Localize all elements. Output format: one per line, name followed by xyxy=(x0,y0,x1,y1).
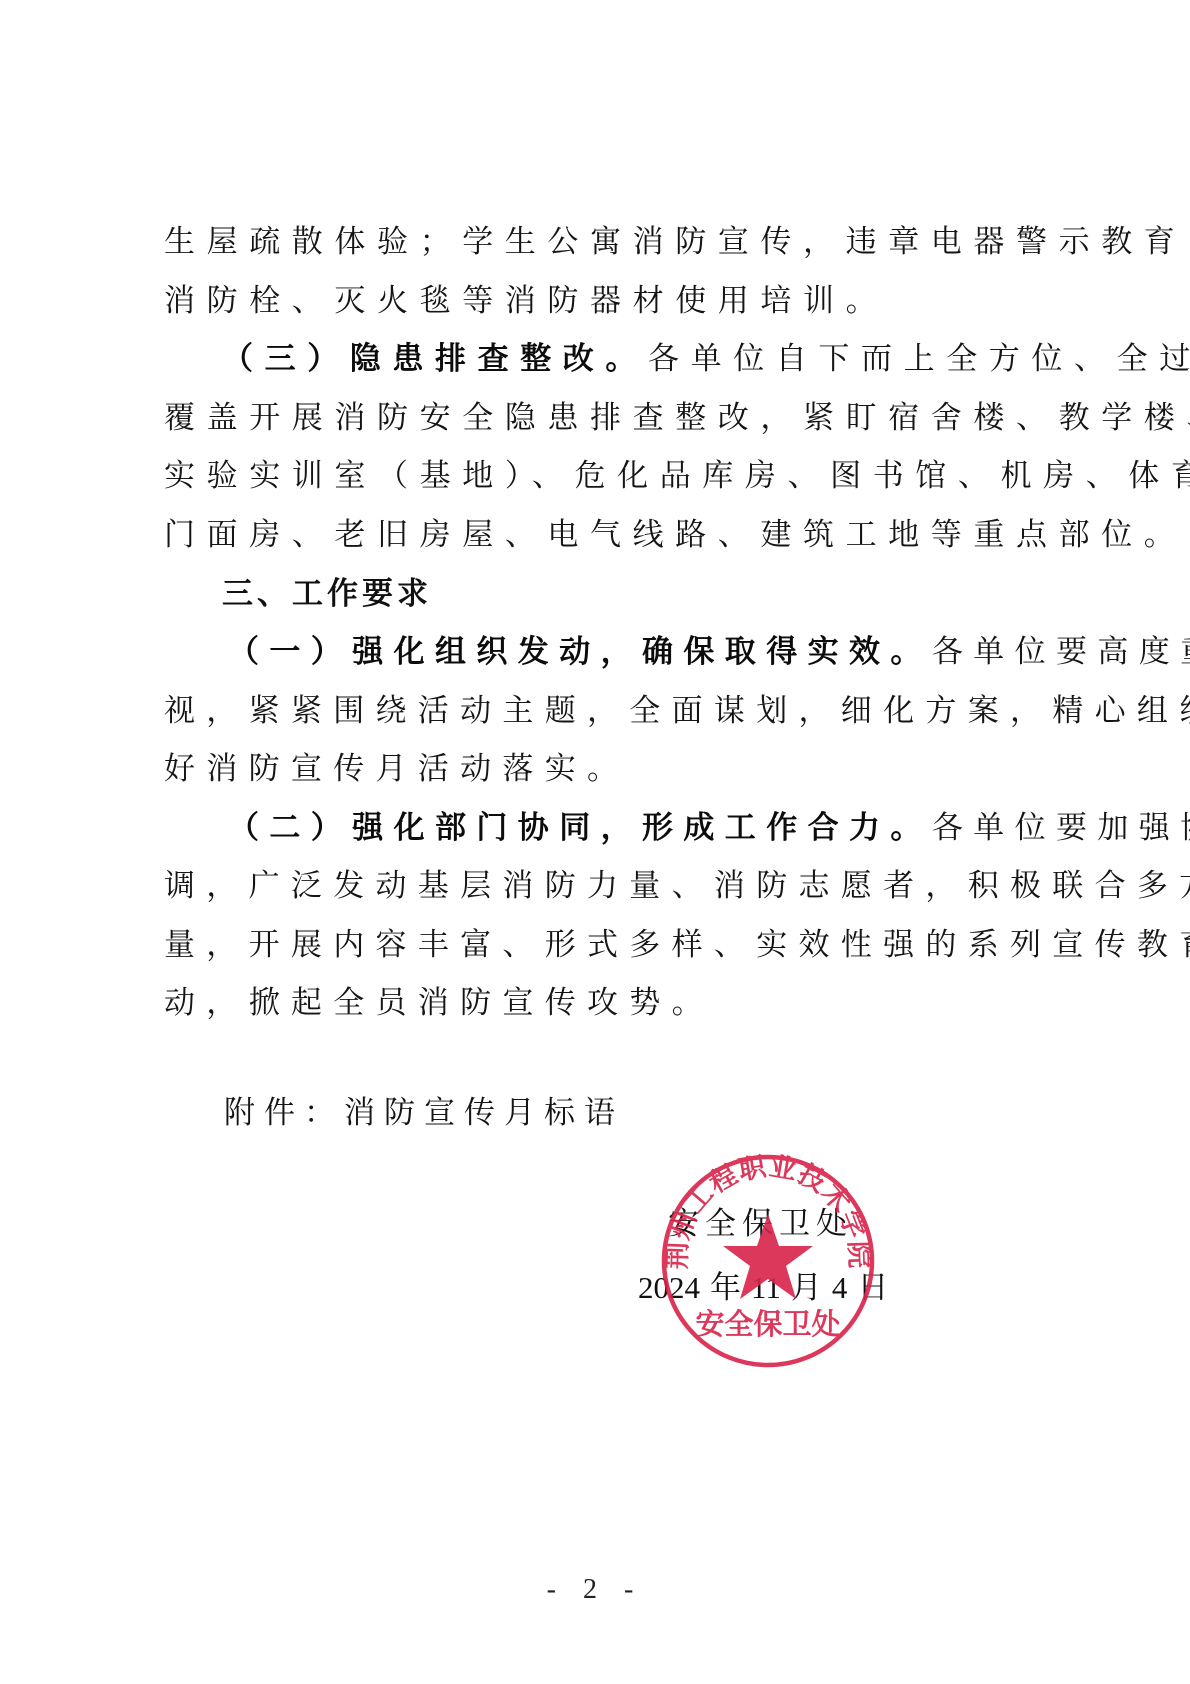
subsection-paragraph-coordination: （二）强化部门协同，形成工作合力。各单位要加强协 xyxy=(228,808,1190,848)
seal-center-text: 安全保卫处 xyxy=(695,1307,840,1341)
body-line: 门面房、老旧房屋、电气线路、建筑工地等重点部位。 xyxy=(164,515,1186,555)
document-page: 生屋疏散体验；学生公寓消防宣传，违章电器警示教育；灭火器、 消防栓、灭火毯等消防… xyxy=(0,0,1190,1684)
subsection-paragraph-hazard-inspection: （三）隐患排查整改。各单位自下而上全方位、全过程、全 xyxy=(222,339,1190,379)
official-seal-icon: 荆州工程职业技术学院 安全保卫处 xyxy=(659,1152,877,1370)
body-line: 量，开展内容丰富、形式多样、实效性强的系列宣传教育活 xyxy=(164,925,1190,965)
body-text: 各单位要加强协 xyxy=(932,810,1190,846)
subsection-title: （三）隐患排查整改。 xyxy=(222,341,648,377)
body-line: 动，掀起全员消防宣传攻势。 xyxy=(164,983,714,1023)
body-line: 生屋疏散体验；学生公寓消防宣传，违章电器警示教育；灭火器、 xyxy=(164,222,1190,262)
attachment-line: 附件：消防宣传月标语 xyxy=(224,1093,624,1133)
body-text: 各单位要高度重 xyxy=(932,634,1190,670)
subsection-paragraph-organization: （一）强化组织发动，确保取得实效。各单位要高度重 xyxy=(228,632,1190,672)
body-line: 覆盖开展消防安全隐患排查整改，紧盯宿舍楼、教学楼、食堂、 xyxy=(164,398,1190,438)
body-line: 视，紧紧围绕活动主题，全面谋划，细化方案，精心组织，抓 xyxy=(164,691,1190,731)
body-line: 消防栓、灭火毯等消防器材使用培训。 xyxy=(164,281,888,321)
subsection-title: （二）强化部门协同，形成工作合力。 xyxy=(228,810,932,846)
seal-star-icon xyxy=(723,1214,813,1299)
section-heading-work-requirements: 三、工作要求 xyxy=(222,574,432,614)
page-number: - 2 - xyxy=(0,1574,1190,1606)
body-line: 实验实训室（基地）、危化品库房、图书馆、机房、体育场馆、 xyxy=(164,456,1190,496)
body-line: 调，广泛发动基层消防力量、消防志愿者，积极联合多方力 xyxy=(164,866,1190,906)
body-text: 各单位自下而上全方位、全过程、全 xyxy=(648,341,1190,377)
body-line: 好消防宣传月活动落实。 xyxy=(164,749,629,789)
subsection-title: （一）强化组织发动，确保取得实效。 xyxy=(228,634,932,670)
